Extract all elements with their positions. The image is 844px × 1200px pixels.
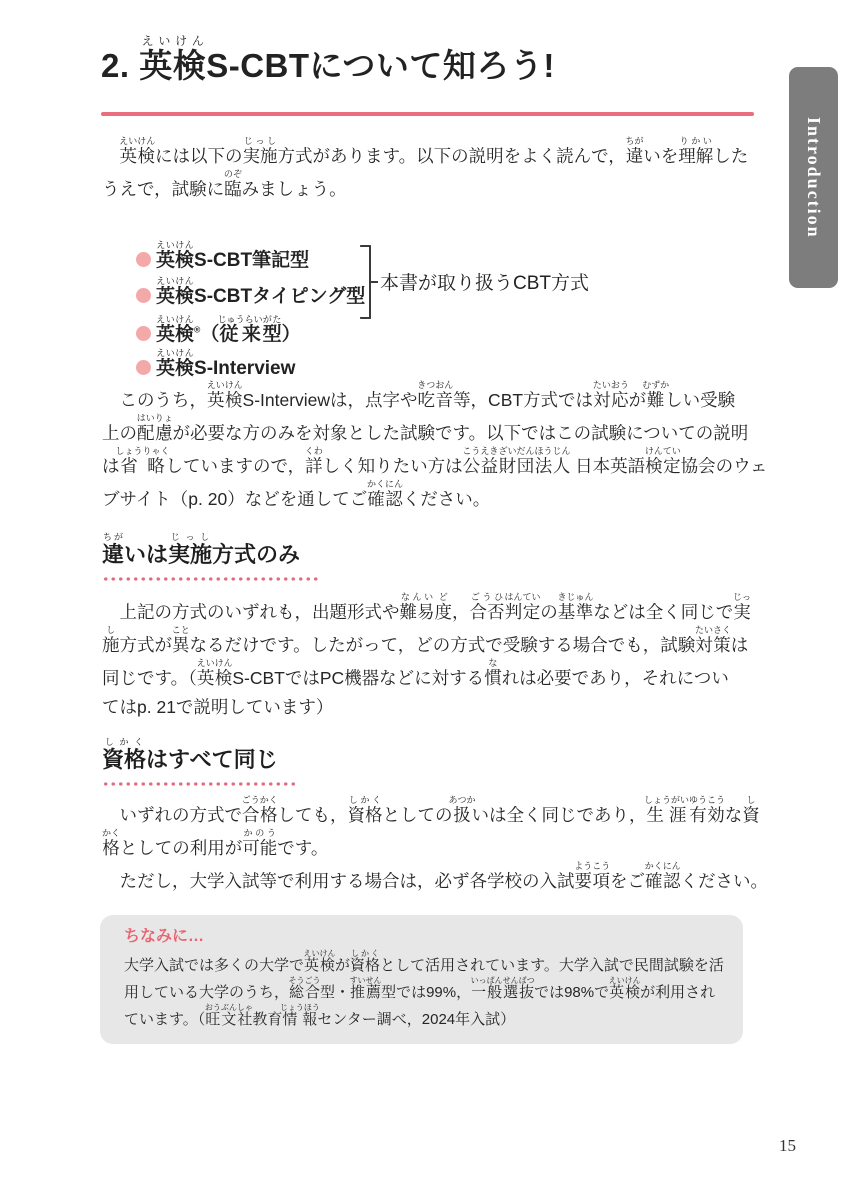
introduction-tab: Introduction — [789, 67, 838, 288]
brace-label: 本書が取り扱うCBT方式 — [380, 268, 589, 295]
bullet-dot-icon — [136, 252, 151, 267]
heading-dotted-underline — [102, 781, 298, 787]
bullet-dot-icon — [136, 326, 151, 341]
note-box-title: ちなみに… — [124, 925, 725, 949]
heading-dotted-underline — [102, 576, 320, 582]
method-item-s-interview: 英検えいけんS-Interview — [136, 348, 365, 384]
brace-icon — [360, 245, 371, 319]
section-heading-difference: 違ちがいは実施じっし方式のみ — [102, 532, 320, 582]
section-qualification-paragraph: いずれの方式で合格ごうかくしても，資格しかくとしての扱あつかいは全く同じであり，… — [102, 795, 762, 894]
section-heading-text: 違ちがいは実施じっし方式のみ — [102, 532, 320, 575]
section-heading-qualification: 資格しかくはすべて同じ — [102, 737, 298, 787]
book-page: 2. 英検えいけんS-CBTについて知ろう! 英検えいけんには以下の実施じっし方… — [0, 0, 844, 1200]
interview-note-paragraph: このうち，英検えいけんS-Interviewは，点字や吃音きつおん等，CBT方式… — [102, 380, 762, 512]
note-box-body: 大学入試では多くの大学で英検えいけんが資格しかくとして活用されています。大学入試… — [124, 949, 725, 1030]
intro-paragraph: 英検えいけんには以下の実施じっし方式があります。以下の説明をよく読んで，違ちがい… — [102, 136, 762, 202]
introduction-tab-label: Introduction — [803, 117, 824, 239]
method-item-scbt-typing: 英検えいけんS-CBTタイピング型 — [136, 276, 365, 312]
page-title: 2. 英検えいけんS-CBTについて知ろう! — [101, 34, 555, 97]
page-number: 15 — [779, 1136, 796, 1156]
method-item-scbt-hikki: 英検えいけんS-CBT筆記型 — [136, 240, 365, 276]
section-difference-paragraph: 上記の方式のいずれも，出題形式や難易なんい度ど，合否ごうひ判定はんていの基準きじ… — [102, 592, 762, 724]
method-list: 英検えいけんS-CBT筆記型 英検えいけんS-CBTタイピング型 英検えいけん®… — [136, 240, 365, 384]
title-underline — [101, 112, 754, 116]
method-item-conventional: 英検えいけん®（従来じゅうらい型がた） — [136, 312, 365, 348]
bullet-dot-icon — [136, 288, 151, 303]
bullet-dot-icon — [136, 360, 151, 375]
note-box: ちなみに… 大学入試では多くの大学で英検えいけんが資格しかくとして活用されていま… — [100, 915, 743, 1044]
section-heading-text: 資格しかくはすべて同じ — [102, 737, 298, 780]
